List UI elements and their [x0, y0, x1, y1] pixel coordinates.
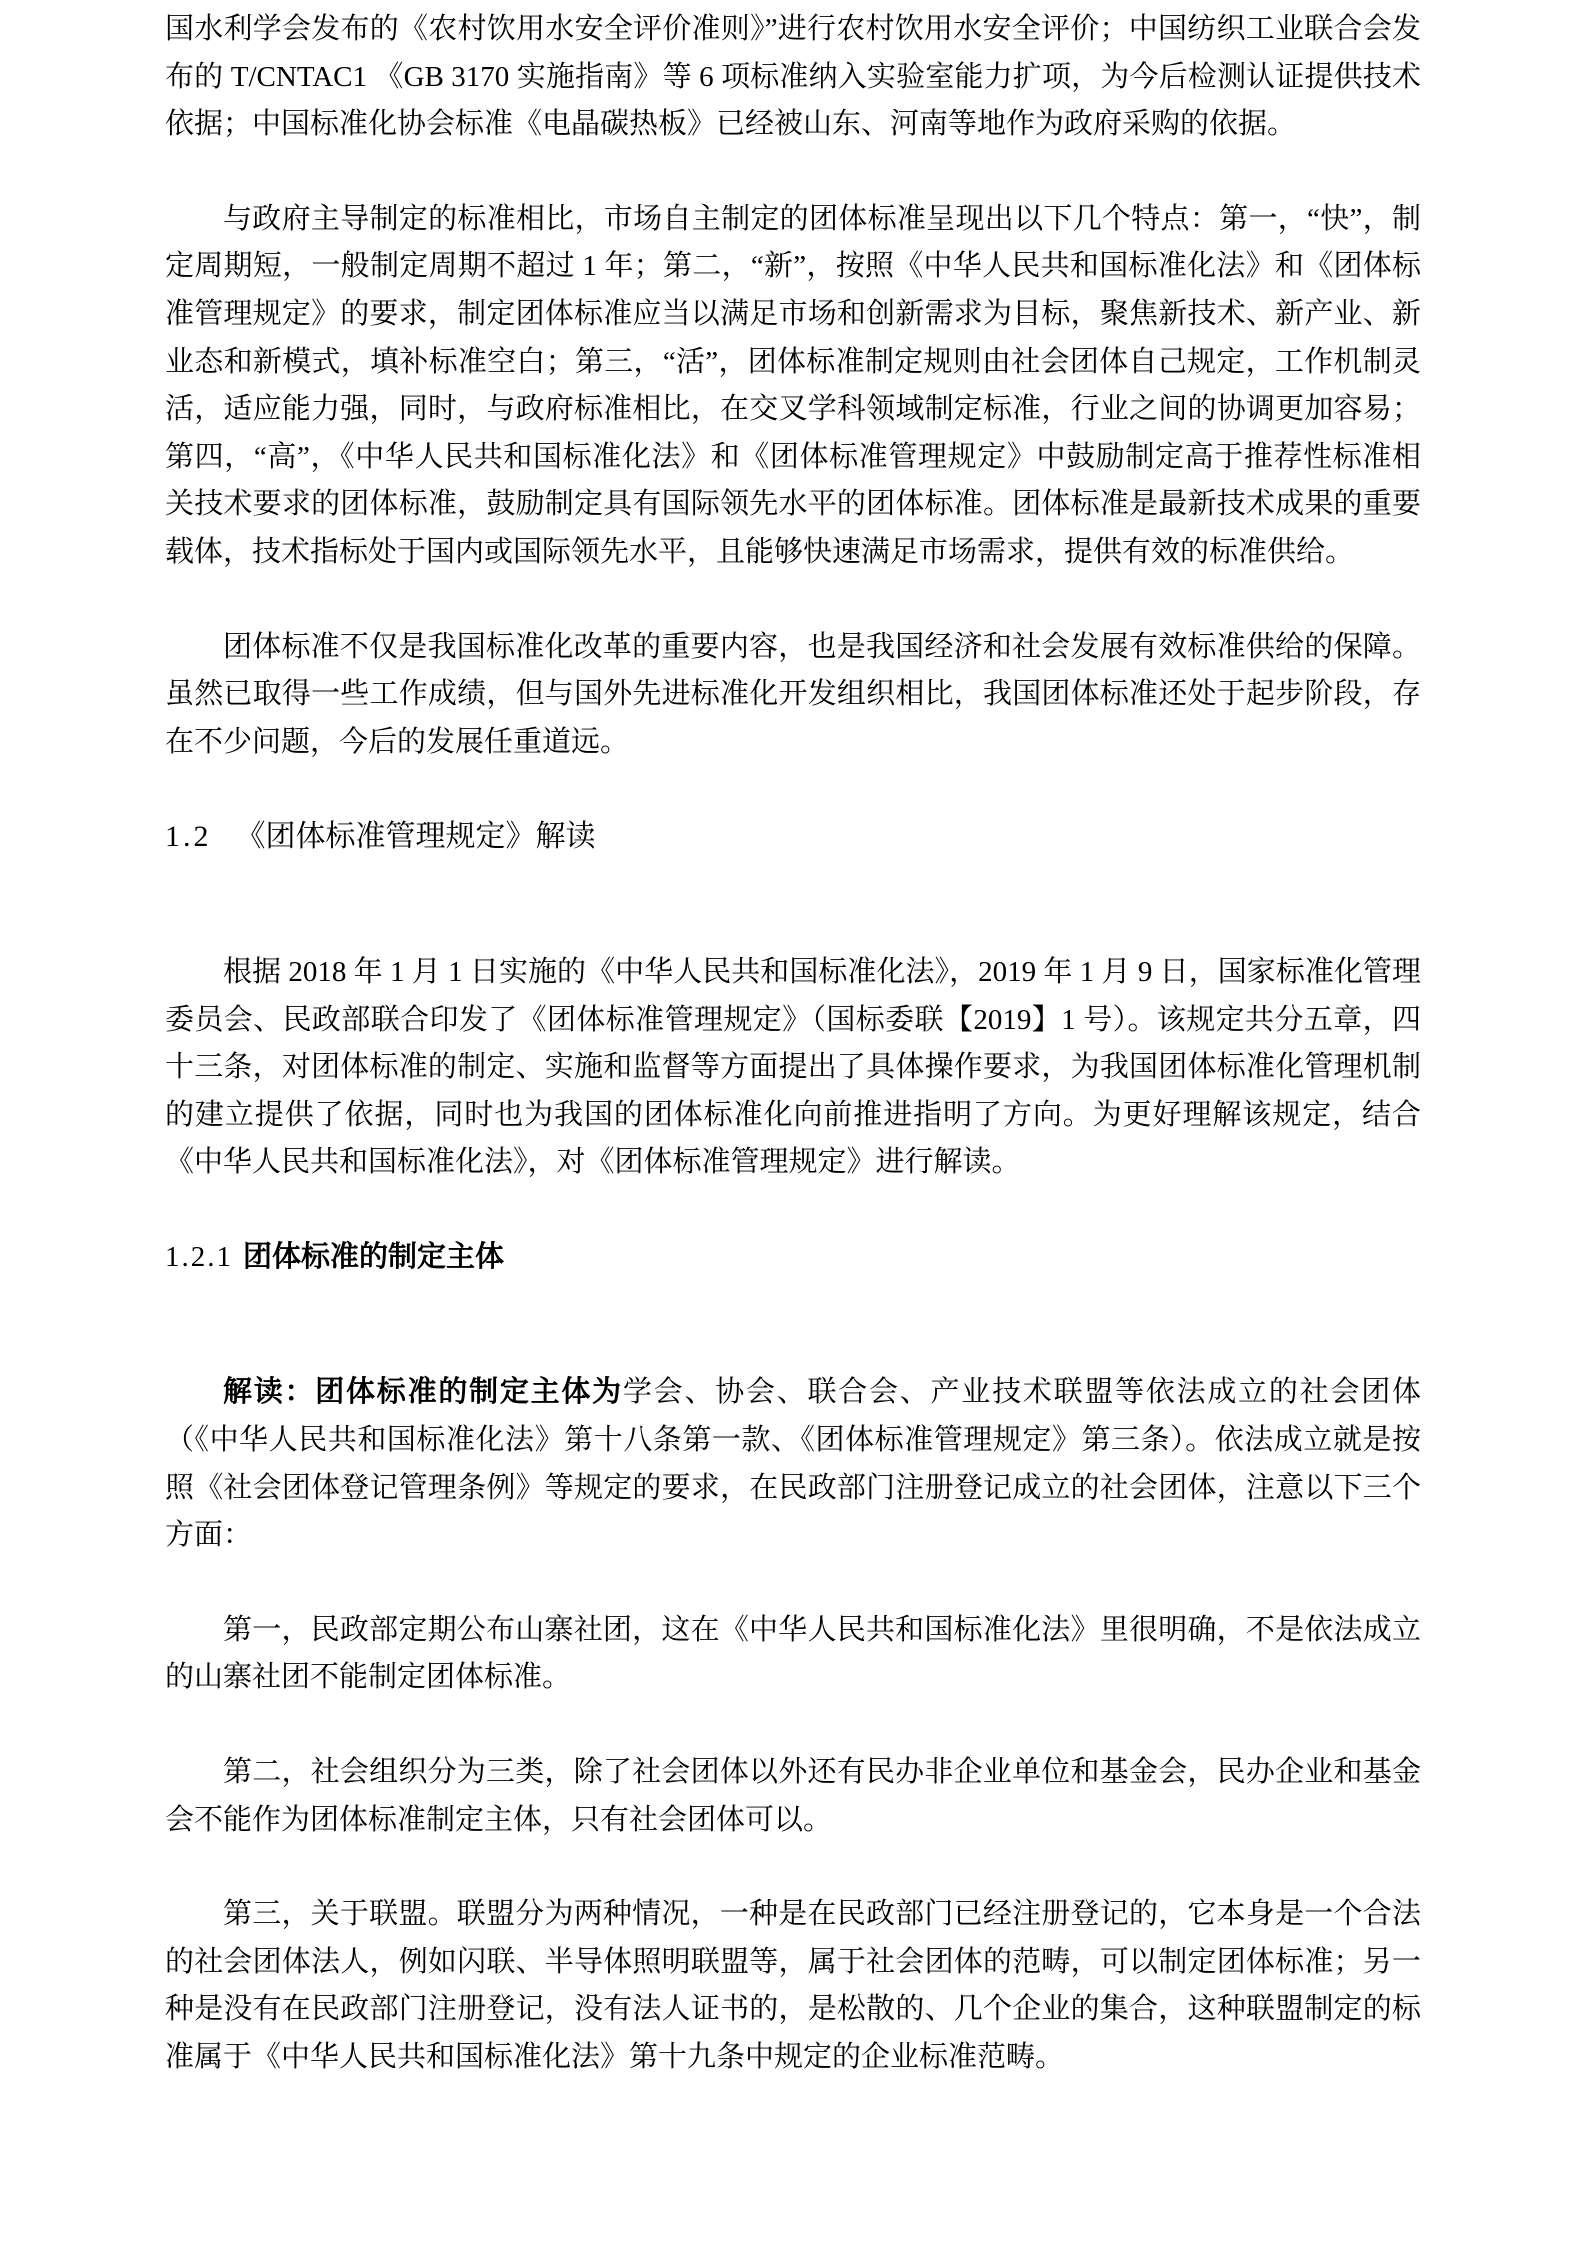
paragraph-standards-application: 国水利学会发布的《农村饮用水安全评价准则》”进行农村饮用水安全评价；中国纺织工业…	[165, 6, 1421, 149]
document-page: 国水利学会发布的《农村饮用水安全评价准则》”进行农村饮用水安全评价；中国纺织工业…	[0, 0, 1587, 2245]
paragraph-point-first: 第一，民政部定期公布山寨社团，这在《中华人民共和国标准化法》里很明确，不是依法成…	[165, 1607, 1421, 1702]
paragraph-standardization-reform: 团体标准不仅是我国标准化改革的重要内容，也是我国经济和社会发展有效标准供给的保障…	[165, 624, 1421, 767]
section-number: 1.2	[165, 820, 212, 853]
section-heading-1-2: 1.2《团体标准管理规定》解读	[165, 813, 1421, 861]
section-title: 《团体标准管理规定》解读	[236, 820, 596, 853]
paragraph-group-standard-features: 与政府主导制定的标准相比，市场自主制定的团体标准呈现出以下几个特点：第一，“快”…	[165, 196, 1421, 577]
paragraph-regulation-background: 根据 2018 年 1 月 1 日实施的《中华人民共和国标准化法》，2019 年…	[165, 949, 1421, 1187]
subsection-title: 团体标准的制定主体	[243, 1241, 504, 1273]
paragraph-point-second: 第二，社会组织分为三类，除了社会团体以外还有民办非企业单位和基金会，民办企业和基…	[165, 1749, 1421, 1844]
paragraph-point-third: 第三，关于联盟。联盟分为两种情况，一种是在民政部门已经注册登记的，它本身是一个合…	[165, 1891, 1421, 2081]
subsection-number: 1.2.1	[165, 1241, 233, 1273]
subsection-heading-1-2-1: 1.2.1团体标准的制定主体	[165, 1234, 1421, 1282]
paragraph-interpretation: 解读：团体标准的制定主体为学会、协会、联合会、产业技术联盟等依法成立的社会团体（…	[165, 1369, 1421, 1559]
interpretation-lead-bold: 解读：团体标准的制定主体为	[223, 1376, 623, 1408]
